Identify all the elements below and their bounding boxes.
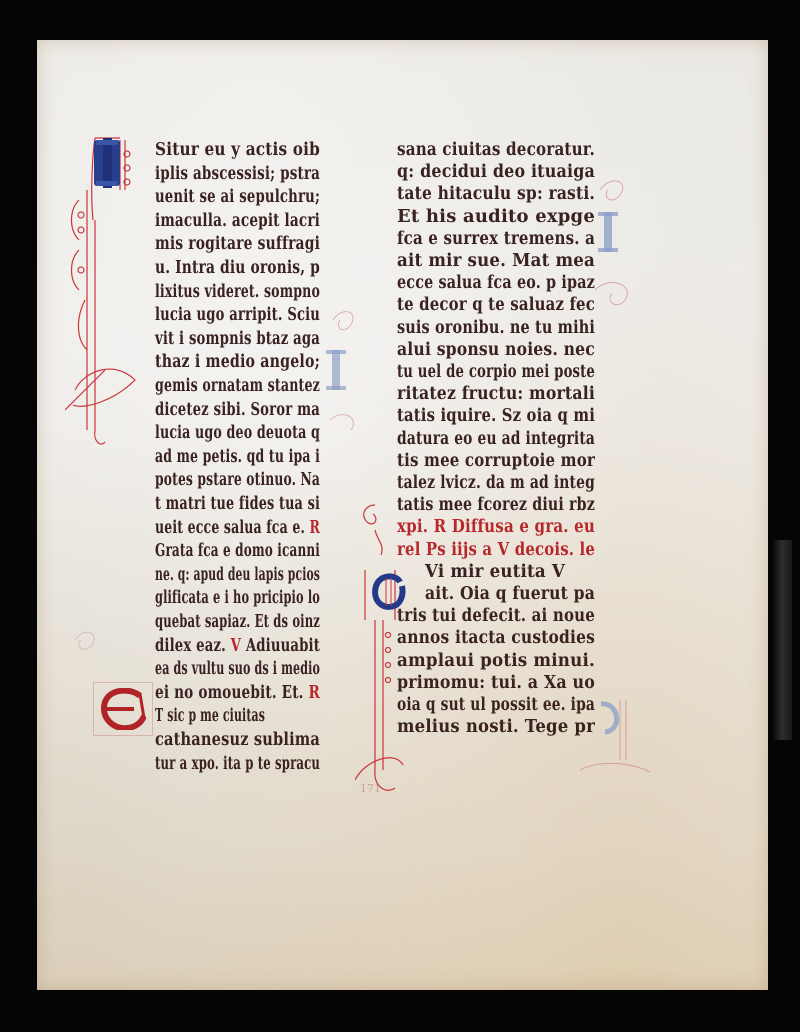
text-line: lucia ugo deo deuota q bbox=[155, 423, 320, 443]
text-line: tu uel de corpio mei poste bbox=[397, 362, 595, 382]
text-line: ea ds vultu suo ds i medio bbox=[155, 659, 320, 679]
text-line: cathanesuz sublima bbox=[155, 730, 320, 750]
text-line: vit i sompnis btaz aga bbox=[155, 329, 320, 349]
text-line: tis mee corruptoie mor bbox=[397, 451, 595, 471]
initial-e-red bbox=[100, 688, 146, 730]
rubric-mark: V bbox=[231, 636, 241, 656]
rubric-mark: R bbox=[309, 518, 320, 538]
text-line: Vi mir eutita V bbox=[425, 562, 565, 582]
right-column: sana ciuitas decoratur.q: decidui deo it… bbox=[397, 140, 602, 750]
text-line: uenit se ai sepulchru; bbox=[155, 187, 320, 207]
left-column: Situr eu y actis oibiplis abscessisi; ps… bbox=[155, 140, 330, 750]
text-line: Et his audito expge bbox=[397, 207, 595, 227]
text-line: potes pstare otinuo. Na bbox=[155, 470, 320, 490]
text-line: tate hitaculu sp: rasti. bbox=[397, 184, 595, 204]
text-line: lucia ugo arripit. Sciu bbox=[155, 305, 320, 325]
text-line: tatis iquire. Sz oia q mi bbox=[397, 406, 595, 426]
text-line: alui sponsu noies. nec bbox=[397, 340, 595, 360]
text-line: ait mir sue. Mat mea bbox=[397, 251, 595, 271]
rubric-mark: R bbox=[308, 683, 320, 703]
text-line: T sic p me ciuitas bbox=[155, 706, 265, 726]
text-line: thaz i medio angelo; bbox=[155, 352, 320, 372]
text-line: amplaui potis minui. bbox=[397, 651, 595, 671]
text-line: oia q sut ul possit ee. ipa bbox=[397, 695, 595, 715]
text-line: datura eo eu ad integrita bbox=[397, 429, 595, 449]
text-line: glificata e i ho pricipio lo bbox=[155, 588, 320, 608]
text-line: melius nosti. Tege pr bbox=[397, 717, 595, 737]
folio-mark: 171 bbox=[360, 782, 381, 795]
text-line: Grata fca e domo icanni bbox=[155, 541, 320, 561]
text-line: lixitus videret. sompno bbox=[155, 282, 320, 302]
text-line: tatis mee fcorez diui rbz bbox=[397, 495, 595, 515]
text-line: q: decidui deo ituaiga bbox=[397, 162, 595, 182]
text-line: ad me petis. qd tu ipa i bbox=[155, 447, 320, 467]
text-line: quebat sapiaz. Et ds oinz bbox=[155, 612, 320, 632]
initial-q-penwork-icon bbox=[355, 500, 405, 800]
text-line: tur a xpo. ita p te spracu bbox=[155, 754, 320, 774]
text-line: mis rogitare suffragi bbox=[155, 234, 320, 254]
text-line: imaculla. acepit lacri bbox=[155, 211, 320, 231]
text-line: te decor q te saluaz fec bbox=[397, 295, 595, 315]
text-line: ei no omouebit. Et. R bbox=[155, 683, 320, 703]
text-line: primomu: tui. a Xa uo bbox=[397, 673, 595, 693]
text-line: ecce salua fca eo. p ipaz bbox=[397, 273, 595, 293]
text-line: dilex eaz. V Adiuuabit bbox=[155, 636, 320, 656]
text-line: fca e surrex tremens. a bbox=[397, 229, 595, 249]
text-line: dicetez sibi. Soror ma bbox=[155, 400, 320, 420]
text-line: sana ciuitas decoratur. bbox=[397, 140, 595, 160]
text-line: u. Intra diu oronis, p bbox=[155, 258, 320, 278]
text-line: rel Ps iijs a V decois. le bbox=[397, 540, 595, 560]
text-line: talez lvicz. da m ad integ bbox=[397, 473, 595, 493]
text-line: xpi. R Diffusa e gra. eu bbox=[397, 517, 595, 537]
initial-i-blue bbox=[94, 140, 120, 186]
text-line: tris tui defecit. ai noue bbox=[397, 606, 595, 626]
initial-q-blue bbox=[372, 572, 406, 610]
text-line: gemis ornatam stantez bbox=[155, 376, 320, 396]
text-line: ait. Oia q fuerut pa bbox=[425, 584, 595, 604]
faded-penwork-d-icon bbox=[570, 690, 660, 790]
water-stain bbox=[772, 540, 792, 740]
text-line: ueit ecce salua fca e. R bbox=[155, 518, 320, 538]
text-line: Situr eu y actis oib bbox=[155, 140, 320, 160]
faded-scroll-right-icon bbox=[590, 170, 650, 320]
faded-scroll-left-icon bbox=[65, 620, 105, 680]
text-line: annos itacta custodies bbox=[397, 628, 595, 648]
text-line: t matri tue fides tua si bbox=[155, 494, 320, 514]
text-line: ne. q: apud deu lapis pcios bbox=[155, 565, 320, 585]
text-line: ritatez fructu: mortali bbox=[397, 384, 595, 404]
text-line: suis oronibu. ne tu mihi bbox=[397, 318, 595, 338]
text-line: iplis abscessisi; pstra bbox=[155, 164, 320, 184]
faded-scroll-center-icon bbox=[325, 300, 365, 450]
